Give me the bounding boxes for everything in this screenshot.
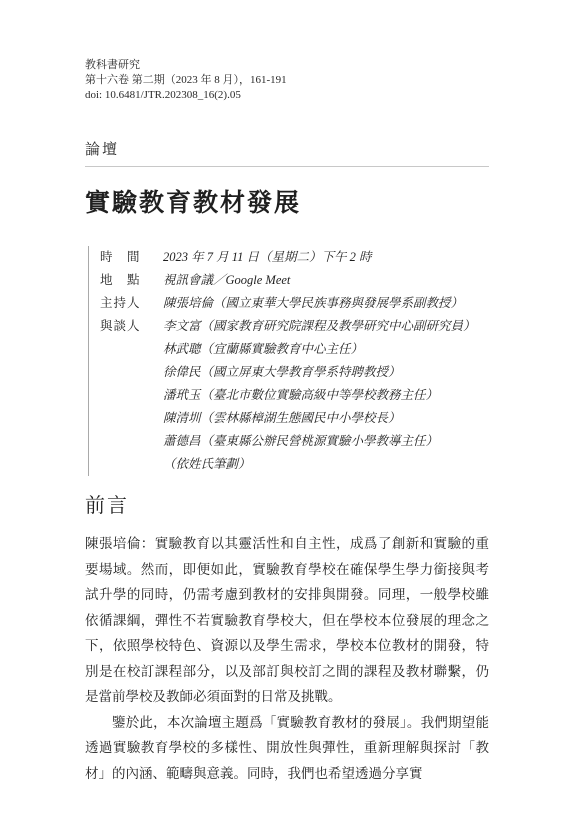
- meeting-info-block: 時 間 2023 年 7 月 11 日（星期二）下午 2 時 地 點 視訊會議／…: [88, 246, 489, 476]
- meeting-location-label: 地 點: [100, 269, 144, 292]
- panelist-sort-note: （依姓氏筆劃）: [163, 453, 476, 476]
- meeting-location-text: 視訊會議／Google Meet: [163, 269, 290, 292]
- foreword-paragraph-1: 陳張培倫：實驗教育以其靈活性和自主性，成爲了創新和實驗的重要場域。然而，即便如此…: [85, 531, 489, 710]
- panelist-item: 蕭德昌（臺東縣公辦民營桃源實驗小學教導主任）: [163, 430, 476, 453]
- panelist-item: 林武聰（宜蘭縣實驗教育中心主任）: [163, 338, 476, 361]
- meeting-time-text: 2023 年 7 月 11 日（星期二）下午 2 時: [163, 246, 371, 269]
- panelist-item: 潘玳玉（臺北市數位實驗高級中等學校教務主任）: [163, 384, 476, 407]
- journal-title: 教科書研究: [85, 58, 489, 73]
- article-title: 實驗教育教材發展: [85, 183, 489, 219]
- meeting-panelists-label: 與談人: [100, 315, 144, 338]
- journal-header: 教科書研究 第十六卷 第二期（2023 年 8 月），161-191 doi: …: [85, 58, 489, 103]
- meeting-row-host: 主持人 陳張培倫（國立東華大學民族事務與發展學系副教授）: [100, 292, 489, 315]
- meeting-time-label: 時 間: [100, 246, 144, 269]
- meeting-row-time: 時 間 2023 年 7 月 11 日（星期二）下午 2 時: [100, 246, 489, 269]
- panelist-item: 徐偉民（國立屏東大學教育學系特聘教授）: [163, 361, 476, 384]
- journal-issue: 第十六卷 第二期（2023 年 8 月），161-191: [85, 73, 489, 88]
- foreword-heading: 前言: [85, 489, 489, 518]
- meeting-panelists-list: 李文富（國家教育研究院課程及教學研究中心副研究員） 林武聰（宜蘭縣實驗教育中心主…: [163, 315, 476, 476]
- journal-doi: doi: 10.6481/JTR.202308_16(2).05: [85, 88, 489, 103]
- panelist-item: 陳清圳（雲林縣樟湖生態國民中小學校長）: [163, 407, 476, 430]
- foreword-paragraph-2: 鑒於此，本次論壇主題爲「實驗教育教材的發展」。我們期望能透過實驗教育學校的多樣性…: [85, 710, 489, 787]
- meeting-host-text: 陳張培倫（國立東華大學民族事務與發展學系副教授）: [163, 292, 463, 315]
- meeting-row-panelists: 與談人 李文富（國家教育研究院課程及教學研究中心副研究員） 林武聰（宜蘭縣實驗教…: [100, 315, 489, 476]
- meeting-location-value: 視訊會議／Google Meet: [163, 269, 290, 292]
- document-page: 教科書研究 第十六卷 第二期（2023 年 8 月），161-191 doi: …: [0, 0, 568, 840]
- meeting-time-value: 2023 年 7 月 11 日（星期二）下午 2 時: [163, 246, 371, 269]
- panelist-item: 李文富（國家教育研究院課程及教學研究中心副研究員）: [163, 315, 476, 338]
- meeting-row-location: 地 點 視訊會議／Google Meet: [100, 269, 489, 292]
- foreword-body: 陳張培倫：實驗教育以其靈活性和自主性，成爲了創新和實驗的重要場域。然而，即便如此…: [85, 531, 489, 786]
- meeting-host-value: 陳張培倫（國立東華大學民族事務與發展學系副教授）: [163, 292, 463, 315]
- section-label: 論壇: [85, 138, 489, 167]
- meeting-host-label: 主持人: [100, 292, 144, 315]
